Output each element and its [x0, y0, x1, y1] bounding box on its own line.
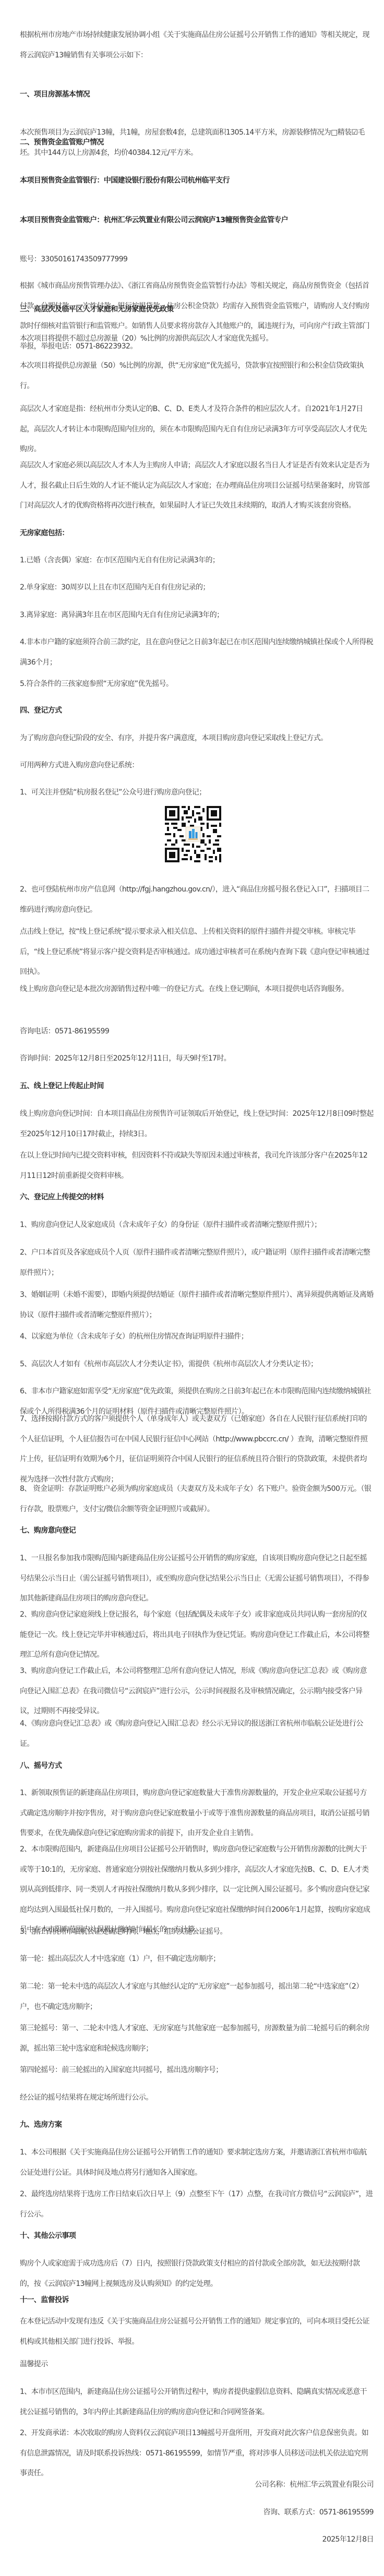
footer-date: 2025年12月8日 — [20, 2530, 374, 2550]
tip-item-1: 1、本市市区范围内，新建商品住房公证摇号公开销售过程中，购房者提供虚假信息资料、… — [20, 2382, 374, 2422]
consult-time: 咨询时间：2025年12月8日至2025年12月11日，每天9时至17时。 — [20, 1049, 374, 1069]
section-title-11: 十一、监督投诉 — [20, 2290, 374, 2310]
resubmit-note: 在以上登记时间内已提交资料审核，但因资料不符或缺失等原因未通过审核者，我司允许该… — [20, 1146, 374, 1186]
nohome-item-2: 2.单身家庭：30周岁以上且在市区范围内无自有住房记录的； — [20, 577, 374, 598]
intro-paragraph: 根据杭州市房地产市场持续健康发展协调小组《关于实施商品住房公证摇号公开销售工作的… — [20, 25, 374, 65]
section-title-3: 三、高层次及临平区人才家庭和无房家庭优先政策 — [20, 299, 374, 320]
account-number: 账号：33050161743509777999 — [20, 249, 374, 270]
consult-phone: 咨询电话：0571-86195599 — [20, 1021, 374, 1042]
material-item-2: 2、户口本首页及各家庭成员个人页（原件扫描件或者清晰完整原件照片），或户籍证明（… — [20, 1243, 374, 1283]
talent-ratio-paragraph: 本次项目将提供不超过总房源量（20）%比例的房源供高层次人才家庭优先摇号。 — [20, 329, 374, 349]
section-title-2: 二、预售资金监管账户情况 — [20, 133, 374, 153]
registration-method-1: 1、可关注并登陆“杭房报名登记”公众号进行购房意向登记； — [20, 783, 374, 803]
complaint-note: 在本登记活动中发现有违反《关于实施商品住房公证摇号公开销售工作的通知》规定事宜的… — [20, 2312, 374, 2352]
nohome-item-5: 5.符合条件的三孩家庭参照“无房家庭”优先摇号。 — [20, 674, 374, 694]
qr-code-icon — [163, 804, 223, 864]
payment-note: 购房个人或家庭需于成功选房后（7）日内，按照银行贷款政策支付相应的首付款或全部房… — [20, 2254, 374, 2294]
footer-contact: 咨询、联系方式：0571-86195599 — [20, 2502, 374, 2523]
intent-item-1: 1、一旦报名参加我市限购范围内新建商品住房公证摇号公开销售的购房家庭，自该项目购… — [20, 1548, 374, 1609]
tips-title: 温馨提示 — [20, 2354, 374, 2375]
section-title-9: 九、选房方案 — [20, 2115, 374, 2135]
registration-intro: 为了购房意向登记阶段的安全、有序，并提升客户满意度，本项目购房意向登记采取线上登… — [20, 728, 374, 749]
lottery-result-note: 经公证的摇号结果将在规定场所进行公示。 — [20, 2088, 374, 2108]
material-item-7: 7、选择按揭付款方式的客户须提供个人（单身成年人）或夫妻双方（已婚家庭）各自在人… — [20, 1409, 374, 1489]
material-item-4: 4、以家庭为单位（含未成年子女）的杭州住房情况查询证明原件扫描件； — [20, 1327, 374, 1347]
nohome-item-4: 4.非本市户籍的家庭须符合前三款约定，且在意向登记之日前3年起已在市区范围内连续… — [20, 632, 374, 672]
lottery-item-3: 3、浙江省杭州市临航公证处确定时间、地点，组织实施公证摇号。 — [20, 1922, 374, 1942]
section-title-5: 五、线上登记上传起止时间 — [20, 1076, 374, 1097]
lottery-round-4: 第四轮摇号：前三轮摇出的入围家庭共同摇号，摇出选房顺序号； — [20, 2060, 374, 2080]
material-item-3: 3、婚姻证明（未婚不需要），即婚内须提供结婚证（原件扫描件或者清晰完整原件照片）… — [20, 1285, 374, 1325]
intent-item-2: 2、购房意向登记家庭须线上登记报名，每个家庭（包括配偶及未成年子女）或非家庭成员… — [20, 1605, 374, 1665]
section-title-6: 六、登记应上传提交的材料 — [20, 1187, 374, 1208]
footer-company: 公司名称：杭州汇华云筑置业有限公司 — [20, 2475, 374, 2495]
cropped-header-remnant — [20, 0, 229, 1]
intent-item-3: 3、购房意向登记工作截止后，本公司将整理汇总所有意向登记人情况，形成《购房意向登… — [20, 1661, 374, 1722]
selection-item-1: 1、本公司根据《关于实施商品住房公证摇号公开销售工作的通知》要求制定选房方案，并… — [20, 2142, 374, 2183]
registration-method-2: 2、也可登陆杭州市房产信息网（http://fgj.hangzhou.gov.c… — [20, 880, 374, 920]
selection-item-2: 2、最终选房结果将于选房工作日结束后次日早上（9）点整至下午（17）点整，在我司… — [20, 2184, 374, 2224]
supervision-bank: 本项目预售资金监管银行：中国建设银行股份有限公司杭州临平支行 — [20, 171, 374, 191]
nohome-item-3: 3.离异家庭：离异满3年且在市区范围内无自有住房记录满3年的； — [20, 605, 374, 625]
lottery-round-3: 第三轮摇号：第一、二轮未中选人才家庭、无房家庭与其他家庭一起参加摇号，房源数量为… — [20, 2018, 374, 2059]
section-title-10: 十、其他公示事项 — [20, 2226, 374, 2246]
talent-definition-paragraph: 高层次人才家庭是指：经杭州市分类认定的B、C、D、E类人才及符合条件的相应层次人… — [20, 399, 374, 460]
material-item-1: 1、购房意向登记人及家庭成员（含未成年子女）的身份证（原件扫描件或者清晰完整原件… — [20, 1215, 374, 1235]
section-title-1: 一、项目房源基本情况 — [20, 85, 374, 105]
intent-item-4: 4、《购房意向登记汇总表》或《购房意向登记入围汇总表》经公示无异议的报送浙江省杭… — [20, 1714, 374, 1754]
nohome-ratio-paragraph: 本次项目将提供总房源量（50）%比例的房源，供“无房家庭”优先摇号，贷款事宜按照… — [20, 356, 374, 396]
lottery-item-1: 1、新领取预售证的新建商品住房项目，购房意向登记家庭数量大于准售房源数量的，开发… — [20, 1783, 374, 1844]
nohome-title: 无房家庭包括： — [20, 523, 374, 544]
section-title-8: 八、摇号方式 — [20, 1756, 374, 1776]
registration-only-method: 线上购房意向登记是本批次房源销售过程中唯一的登记方式。在线上登记期间，本项目提供… — [20, 979, 374, 1000]
nohome-item-1: 1.已婚（含丧偶）家庭：在市区范围内无自有住房记录满3年的； — [20, 550, 374, 571]
registration-process: 点击线上登记，按“线上登记系统”提示要求录入相关信息、上传相关资料的原件扫描件并… — [20, 922, 374, 982]
section-title-4: 四、登记方式 — [20, 701, 374, 721]
supervision-account-name: 本项目预售资金监管账户：杭州汇华云筑置业有限公司云润宸庐13幢预售资金监管专户 — [20, 210, 374, 231]
material-item-8: 8、 资金证明：存款证明账户必须为购房家庭成员（夫妻双方及未成年子女）名下账户。… — [20, 1479, 374, 1519]
online-registration-time: 线上购房意向登记时间：自本项目商品住房预售许可证领取后开始登记，线上登记时间：2… — [20, 1104, 374, 1144]
lottery-round-1: 第一轮：摇出高层次人才中选家庭（1）户，但不确定选房顺序； — [20, 1949, 374, 1969]
talent-rules-paragraph: 高层次人才家庭必须以高层次人才本人为主购房人申请；高层次人才家庭以报名当日人才证… — [20, 455, 374, 516]
registration-methods-label: 可用两种方式进入购房意向登记系统： — [20, 755, 374, 776]
material-item-5: 5、高层次人才如有《杭州市高层次人才分类认定书》，需提供《杭州市高层次人才分类认… — [20, 1354, 374, 1375]
lottery-round-2: 第二轮：第一轮未中选的高层次人才家庭与其他经认定的“无房家庭”一起参加摇号，摇出… — [20, 1977, 374, 2017]
section-title-7: 七、购房意向登记 — [20, 1521, 374, 1541]
